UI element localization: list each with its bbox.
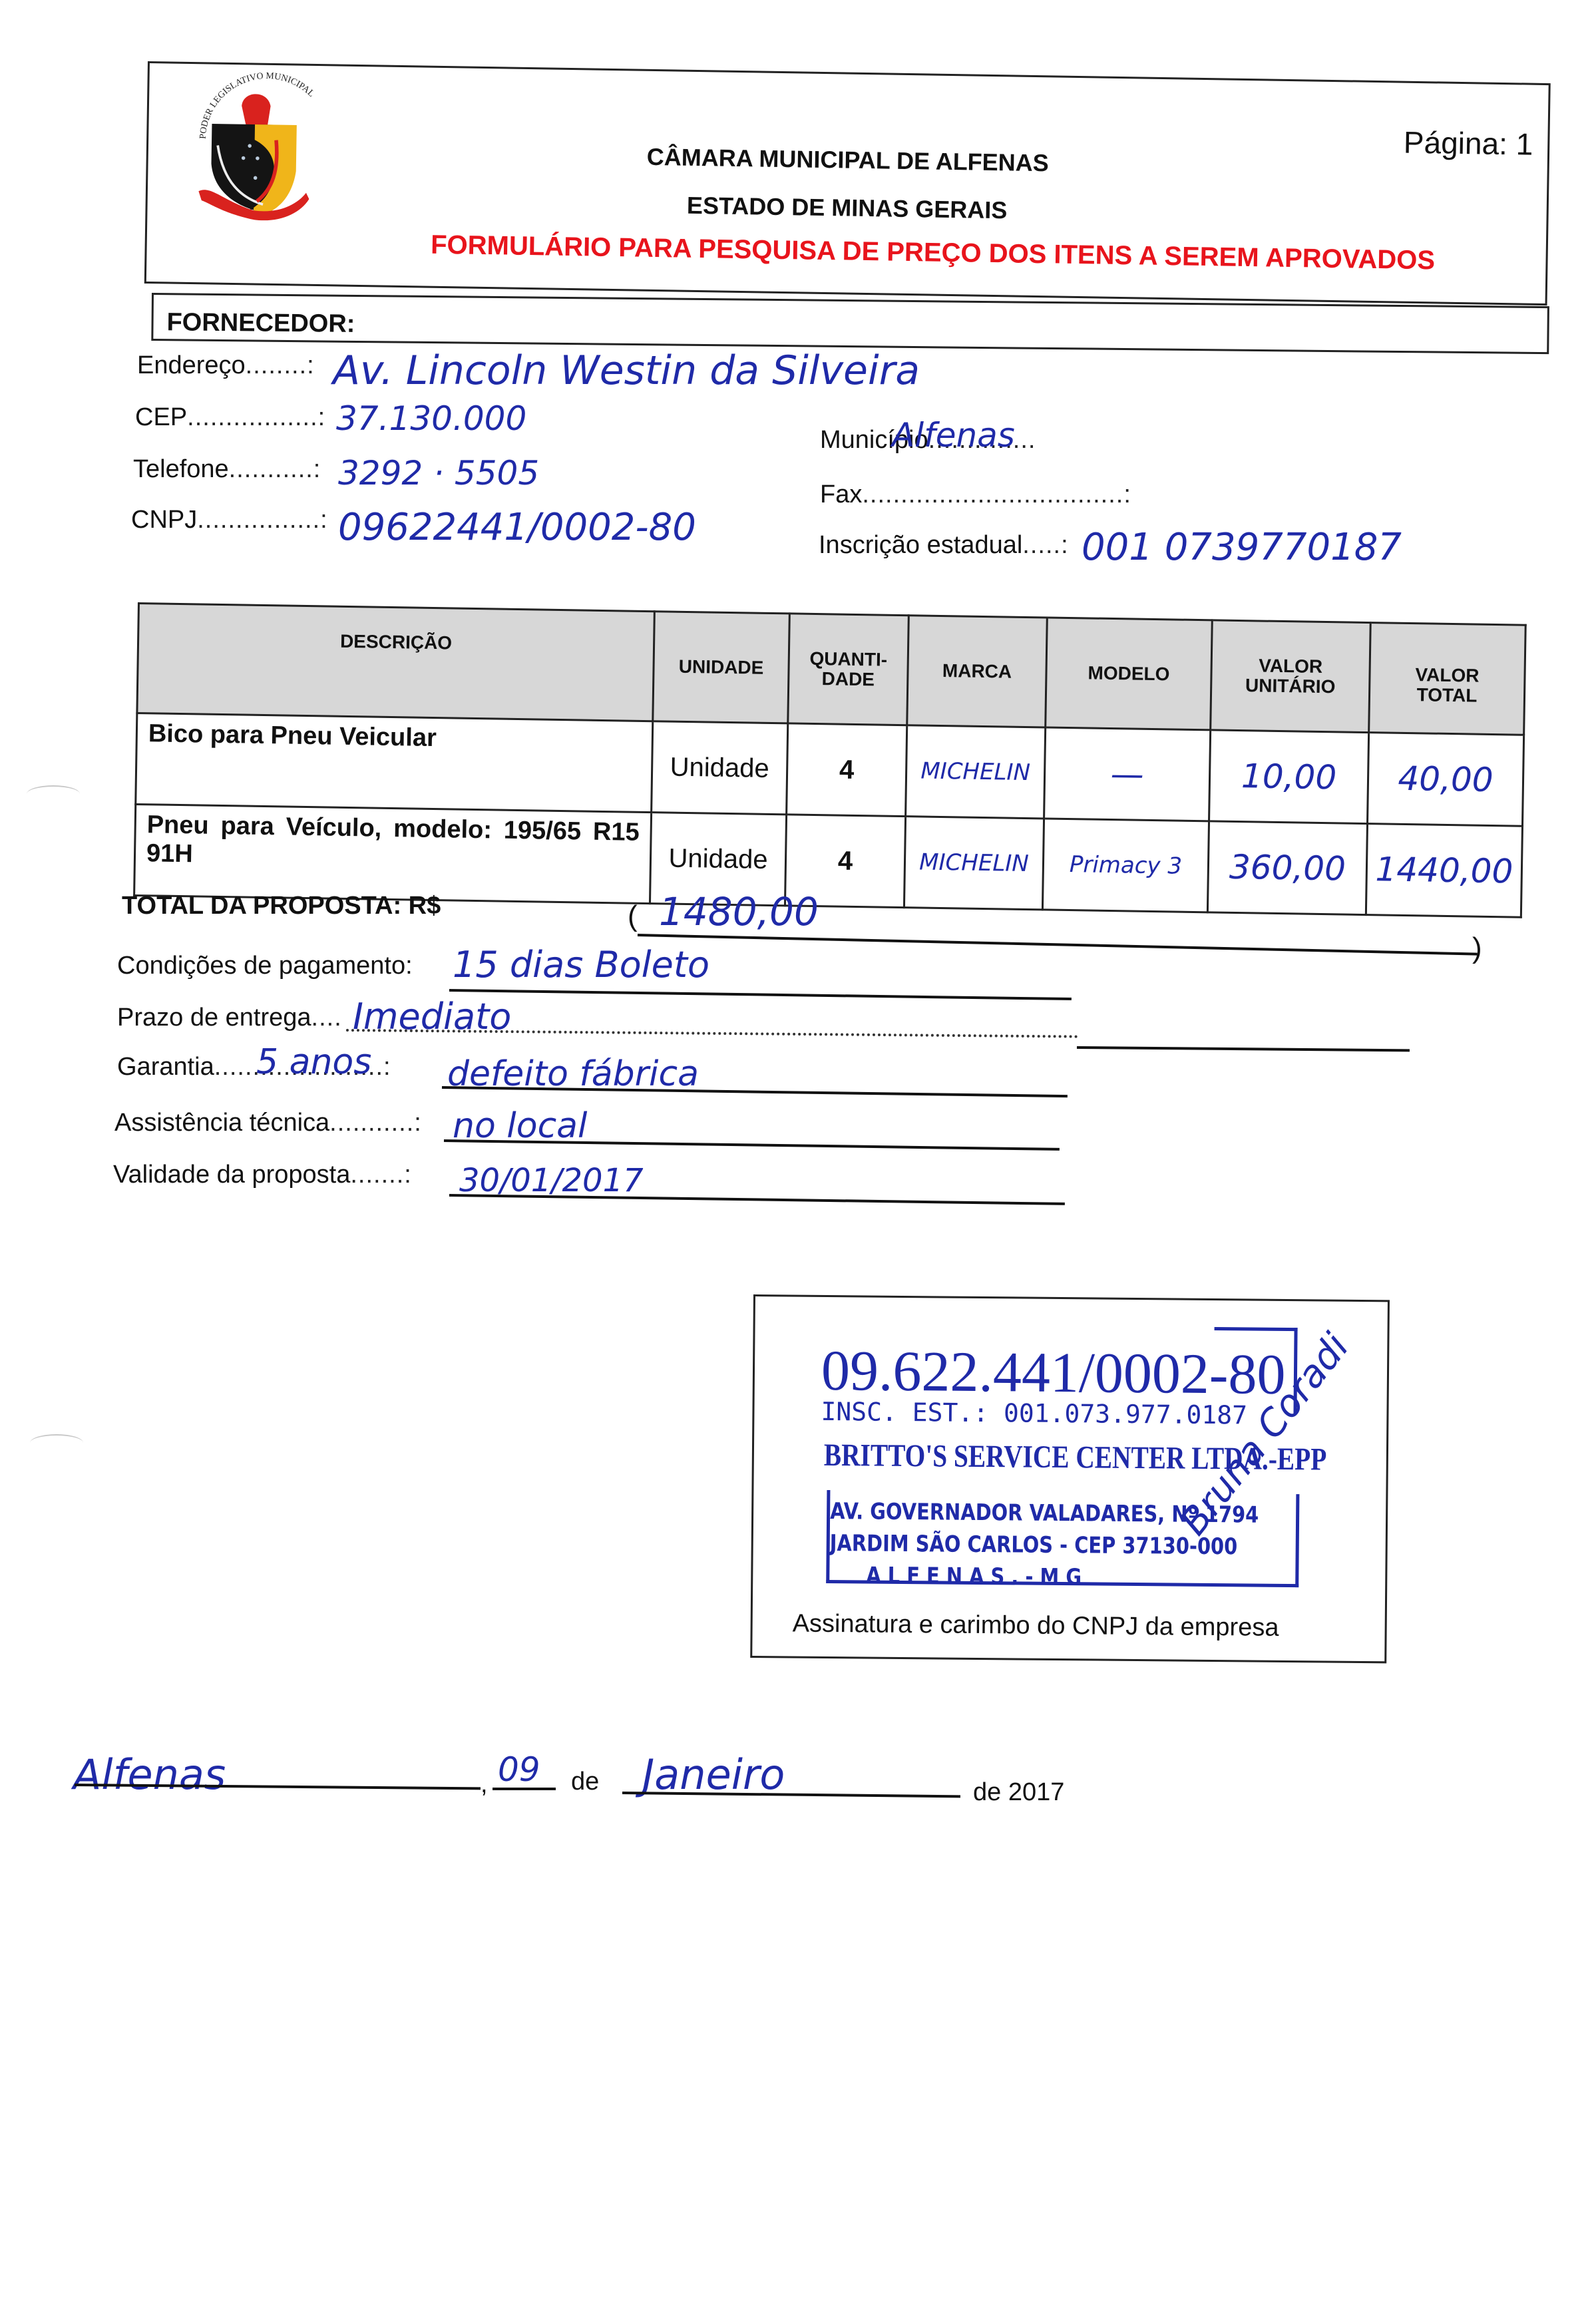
paper-crease	[30, 1434, 83, 1451]
state-name: ESTADO DE MINAS GERAIS	[147, 183, 1546, 233]
cell-descricao: Pneu para Veículo, modelo: 195/65 R15 91…	[134, 804, 652, 903]
col-descricao: DESCRIÇÃO	[137, 604, 654, 721]
stamp-signature-box: 09.622.441/0002-80 INSC. EST.: 001.073.9…	[750, 1294, 1390, 1663]
field-cep: CEP.................:	[135, 403, 325, 432]
total-value[interactable]: 1480,00	[659, 889, 819, 934]
cell-quantidade: 4	[787, 723, 907, 817]
date-city[interactable]: Alfenas	[73, 1750, 226, 1799]
cell-unidade: Unidade	[652, 721, 788, 815]
cell-valor-total[interactable]: 1440,00	[1366, 824, 1522, 918]
validade-label: Validade da proposta.......:	[113, 1161, 412, 1189]
field-label: Inscrição estadual	[819, 531, 1022, 559]
field-fax: Fax..................................:	[820, 480, 1131, 509]
stamp-address-2: JARDIM SÃO CARLOS - CEP 37130-000	[830, 1530, 1238, 1560]
prazo-label: Prazo de entrega....	[117, 1004, 342, 1032]
endereco-value[interactable]: Av. Lincoln Westin da Silveira	[333, 347, 920, 394]
field-inscricao-estadual: Inscrição estadual.....:	[819, 531, 1069, 560]
col-unidade: UNIDADE	[653, 612, 790, 723]
cnpj-value[interactable]: 09622441/0002-80	[338, 506, 696, 549]
cell-marca[interactable]: MICHELIN	[906, 725, 1046, 819]
stamp-address-3: A L F E N A S . - M G	[866, 1562, 1082, 1591]
col-quantidade: QUANTI-DADE	[788, 614, 909, 725]
institution-name: CÂMARA MUNICIPAL DE ALFENAS	[148, 135, 1547, 185]
total-label: TOTAL DA PROPOSTA: R$	[122, 892, 441, 920]
field-label: Endereço	[137, 351, 246, 379]
validade-underline	[449, 1194, 1065, 1205]
prazo-underline	[1077, 1046, 1410, 1052]
col-valor-unitario: VALORUNITÁRIO	[1211, 620, 1371, 733]
items-table: DESCRIÇÃO UNIDADE QUANTI-DADE MARCA MODE…	[133, 602, 1527, 918]
paren-open: (	[628, 900, 638, 933]
header-box: PODER LEGISLATIVO MUNICIPAL Página: 1 CÂ…	[144, 61, 1551, 305]
form-title: FORMULÁRIO PARA PESQUISA DE PREÇO DOS IT…	[319, 228, 1545, 278]
cell-valor-total[interactable]: 40,00	[1368, 733, 1524, 827]
date-year: de 2017	[973, 1778, 1064, 1807]
field-label: Fax	[820, 480, 862, 508]
cep-value[interactable]: 37.130.000	[336, 399, 526, 438]
field-cnpj: CNPJ................:	[131, 506, 328, 534]
municipio-value[interactable]: Alfenas	[892, 416, 1015, 455]
assistencia-label: Assistência técnica...........:	[114, 1109, 422, 1137]
cell-modelo[interactable]: Primacy 3	[1042, 819, 1209, 912]
pagamento-value[interactable]: 15 dias Boleto	[453, 944, 709, 986]
field-label: CNPJ	[131, 506, 197, 534]
validade-value[interactable]: 30/01/2017	[459, 1162, 644, 1199]
cell-valor-unitario[interactable]: 10,00	[1209, 730, 1369, 824]
pagamento-underline	[449, 989, 1072, 1000]
stamp-caption: Assinatura e carimbo do CNPJ da empresa	[792, 1610, 1279, 1642]
table-header-row: DESCRIÇÃO UNIDADE QUANTI-DADE MARCA MODE…	[137, 604, 1525, 735]
garantia-value[interactable]: 5 anos	[256, 1042, 371, 1082]
date-comma: ,	[481, 1770, 488, 1799]
inscricao-value[interactable]: 001 0739770187	[1082, 526, 1402, 569]
telefone-value[interactable]: 3292 · 5505	[338, 454, 539, 492]
day-underline	[493, 1788, 556, 1790]
field-label: Telefone	[133, 455, 229, 483]
date-day[interactable]: 09	[498, 1750, 540, 1789]
date-de-1: de	[571, 1768, 599, 1796]
paper-crease	[27, 785, 80, 803]
field-telefone: Telefone...........:	[133, 455, 321, 484]
cell-marca[interactable]: MICHELIN	[904, 817, 1044, 910]
supplier-section-label: FORNECEDOR:	[166, 308, 355, 339]
cell-modelo[interactable]: —	[1044, 727, 1211, 821]
field-label: CEP	[135, 403, 187, 431]
total-underline	[638, 934, 1478, 956]
stamp-inscricao: INSC. EST.: 001.073.977.0187	[821, 1397, 1247, 1430]
cell-descricao: Bico para Pneu Veicular	[136, 713, 653, 813]
col-modelo: MODELO	[1046, 618, 1213, 730]
pagamento-label: Condições de pagamento:	[117, 952, 413, 980]
paren-close: )	[1472, 932, 1482, 965]
field-endereco: Endereço........:	[137, 351, 315, 380]
cell-valor-unitario[interactable]: 360,00	[1207, 821, 1367, 915]
col-valor-total: VALORTOTAL	[1369, 623, 1526, 735]
col-marca: MARCA	[907, 616, 1048, 727]
